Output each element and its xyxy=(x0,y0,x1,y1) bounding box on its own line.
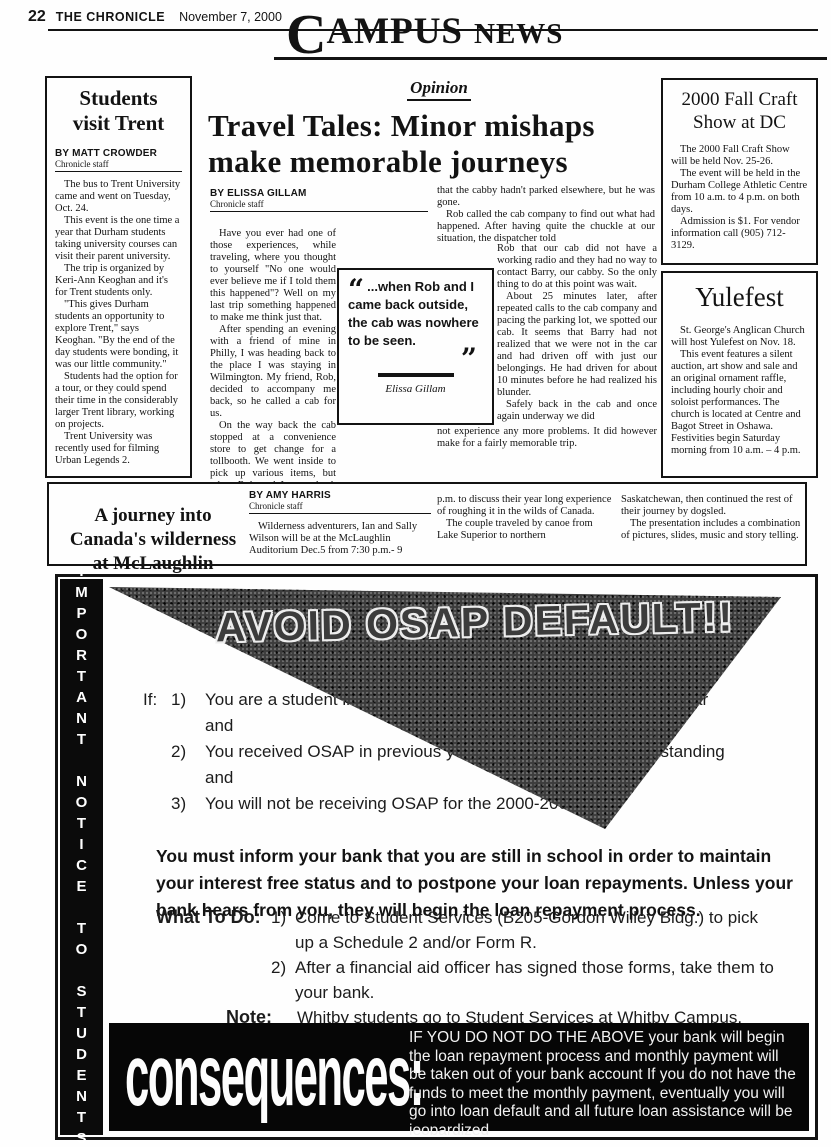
pull-quote-box: “...when Rob and I came back outside, th… xyxy=(337,268,494,425)
opinion-headline: Travel Tales: Minor mishapsmake memorabl… xyxy=(208,108,658,180)
section-masthead: CAMPUSNEWS xyxy=(286,10,563,60)
paragraph: p.m. to discuss their year long experien… xyxy=(437,494,615,518)
page-header: 22THE CHRONICLENovember 7, 2000 xyxy=(28,8,282,26)
pull-quote-text: ...when Rob and I came back outside, the… xyxy=(348,279,479,348)
paragraph: Admission is $1. For vendor information … xyxy=(671,216,808,252)
paragraph: The couple traveled by canoe from Lake S… xyxy=(437,518,615,542)
consequences-word: consequences: xyxy=(125,1021,423,1129)
consequences-box: consequences: IF YOU DO NOT DO THE ABOVE… xyxy=(109,1023,809,1131)
paragraph: not experience any more problems. It did… xyxy=(437,426,657,450)
ad-side-bar: IMPORTANT NOTICE TO STUDENTS xyxy=(60,579,103,1135)
paragraph: Trent University was recently used for f… xyxy=(55,431,182,467)
pull-quote-body: “...when Rob and I came back outside, th… xyxy=(348,278,483,350)
paragraph: that the cabby hadn't parked elsewhere, … xyxy=(437,185,655,209)
paragraph: The trip is organized by Keri-Ann Keogha… xyxy=(55,263,182,299)
paragraph: Safely back in the cab and once again un… xyxy=(497,399,657,423)
consequences-text: IF YOU DO NOT DO THE ABOVE your bank wil… xyxy=(409,1029,797,1135)
article-title: Studentsvisit Trent xyxy=(55,86,182,136)
paragraph: St. George's Anglican Church will host Y… xyxy=(671,325,808,349)
close-quote-mark: ” xyxy=(348,352,477,366)
staff-credit: Chronicle staff xyxy=(210,199,428,212)
mclaughlin-article: A journey intoCanada's wildernessat McLa… xyxy=(47,482,807,566)
pull-quote-rule xyxy=(378,373,454,377)
paragraph: About 25 minutes later, after repeated c… xyxy=(497,291,657,399)
paragraph: The presentation includes a combination … xyxy=(621,518,803,542)
newspaper-page: 22THE CHRONICLENovember 7, 2000 CAMPUSNE… xyxy=(0,0,831,1147)
paragraph: Students had the option for a tour, or t… xyxy=(55,371,182,431)
craft-show-article: 2000 Fall CraftShow at DC The 2000 Fall … xyxy=(661,78,818,265)
strip-column-2: p.m. to discuss their year long experien… xyxy=(437,494,615,542)
paragraph: Rob that our cab did not have a working … xyxy=(497,243,657,291)
strip-column-3: Saskatchewan, then continued the rest of… xyxy=(621,494,803,542)
opinion-column-right-bottom: not experience any more problems. It did… xyxy=(437,426,657,450)
strip-column-1: BY AMY HARRIS Chronicle staff Wilderness… xyxy=(249,490,431,557)
condition-prefix: If: xyxy=(143,687,171,713)
article-title-line: Canada's wilderness xyxy=(70,529,236,550)
byline-block: BY ELISSA GILLAM Chronicle staff xyxy=(210,188,428,219)
paragraph: The bus to Trent University came and wen… xyxy=(55,179,182,215)
ad-what-to-do: What To Do:1)Come to Student Services (B… xyxy=(156,905,806,1030)
ad-main-area: AVOID OSAP DEFAULT!! If:1)You are a stud… xyxy=(105,579,813,1135)
paragraph: Rob called the cab company to find out w… xyxy=(437,209,655,245)
opinion-column-right: Rob that our cab did not have a working … xyxy=(497,243,657,423)
paragraph: Have you ever had one of those experienc… xyxy=(210,228,336,324)
condition-prefix xyxy=(143,791,171,817)
step-text: Come to Student Services (B205-Gordon Wi… xyxy=(295,905,775,955)
ad-side-label: IMPORTANT NOTICE TO STUDENTS xyxy=(73,563,90,1147)
step-number: 1) xyxy=(271,905,295,955)
article-title-line: at McLaughlin xyxy=(93,553,214,574)
step-number: 2) xyxy=(271,955,295,1005)
article-title-line: 2000 Fall Craft xyxy=(681,89,797,110)
condition-number: 1) xyxy=(171,687,205,713)
masthead-initial: C xyxy=(286,4,326,66)
staff-credit: Chronicle staff xyxy=(249,501,431,514)
byline: BY ELISSA GILLAM xyxy=(210,188,428,199)
paragraph: Saskatchewan, then continued the rest of… xyxy=(621,494,803,518)
headline-line: make memorable journeys xyxy=(208,144,568,179)
masthead-news: NEWS xyxy=(474,18,563,50)
opinion-article: Opinion Travel Tales: Minor mishapsmake … xyxy=(200,78,658,470)
what-to-do-label: What To Do: xyxy=(156,905,271,955)
paragraph: After spending an evening with a friend … xyxy=(210,324,336,420)
paragraph: The event will be held in the Durham Col… xyxy=(671,168,808,216)
issue-date: November 7, 2000 xyxy=(179,10,282,24)
what-to-do-row: 2)After a financial aid officer has sign… xyxy=(156,955,806,1005)
masthead-rest: AMPUS xyxy=(326,11,463,52)
what-to-do-row: What To Do:1)Come to Student Services (B… xyxy=(156,905,806,955)
what-to-do-label xyxy=(156,955,271,1005)
osap-notice-ad: IMPORTANT NOTICE TO STUDENTS AVOID OSAP … xyxy=(55,574,818,1140)
paragraph: This event is the one time a year that D… xyxy=(55,215,182,263)
paragraph: This event features a silent auction, ar… xyxy=(671,349,808,457)
condition-number: 2) xyxy=(171,739,205,765)
article-title: Yulefest xyxy=(671,283,808,311)
step-text: After a financial aid officer has signed… xyxy=(295,955,775,1005)
headline-line: Travel Tales: Minor mishaps xyxy=(208,108,595,143)
students-visit-trent-article: Studentsvisit Trent BY MATT CROWDER Chro… xyxy=(45,76,192,478)
opinion-column-right-top: that the cabby hadn't parked elsewhere, … xyxy=(437,185,655,245)
pull-quote-signature: Elissa Gillam xyxy=(348,383,483,395)
yulefest-article: Yulefest St. George's Anglican Church wi… xyxy=(661,271,818,478)
paragraph: "This gives Durham students an opportuni… xyxy=(55,299,182,371)
condition-prefix xyxy=(143,739,171,765)
article-title-line: visit Trent xyxy=(73,111,165,135)
article-title-line: A journey into xyxy=(94,505,211,526)
article-title-line: Students xyxy=(79,86,157,110)
byline: BY MATT CROWDER xyxy=(55,148,182,159)
article-title: 2000 Fall CraftShow at DC xyxy=(671,88,808,134)
condition-row: 3)You will not be receiving OSAP for the… xyxy=(143,791,793,817)
staff-credit: Chronicle staff xyxy=(55,159,182,172)
publication-name: THE CHRONICLE xyxy=(56,10,165,24)
byline: BY AMY HARRIS xyxy=(249,490,431,501)
condition-text: You will not be receiving OSAP for the 2… xyxy=(205,791,793,817)
paragraph: The 2000 Fall Craft Show will be held No… xyxy=(671,144,808,168)
article-title-line: Show at DC xyxy=(693,112,786,133)
paragraph: Wilderness adventurers, Ian and Sally Wi… xyxy=(249,521,431,557)
opinion-label: Opinion xyxy=(407,78,471,101)
condition-number: 3) xyxy=(171,791,205,817)
page-number: 22 xyxy=(28,8,46,25)
